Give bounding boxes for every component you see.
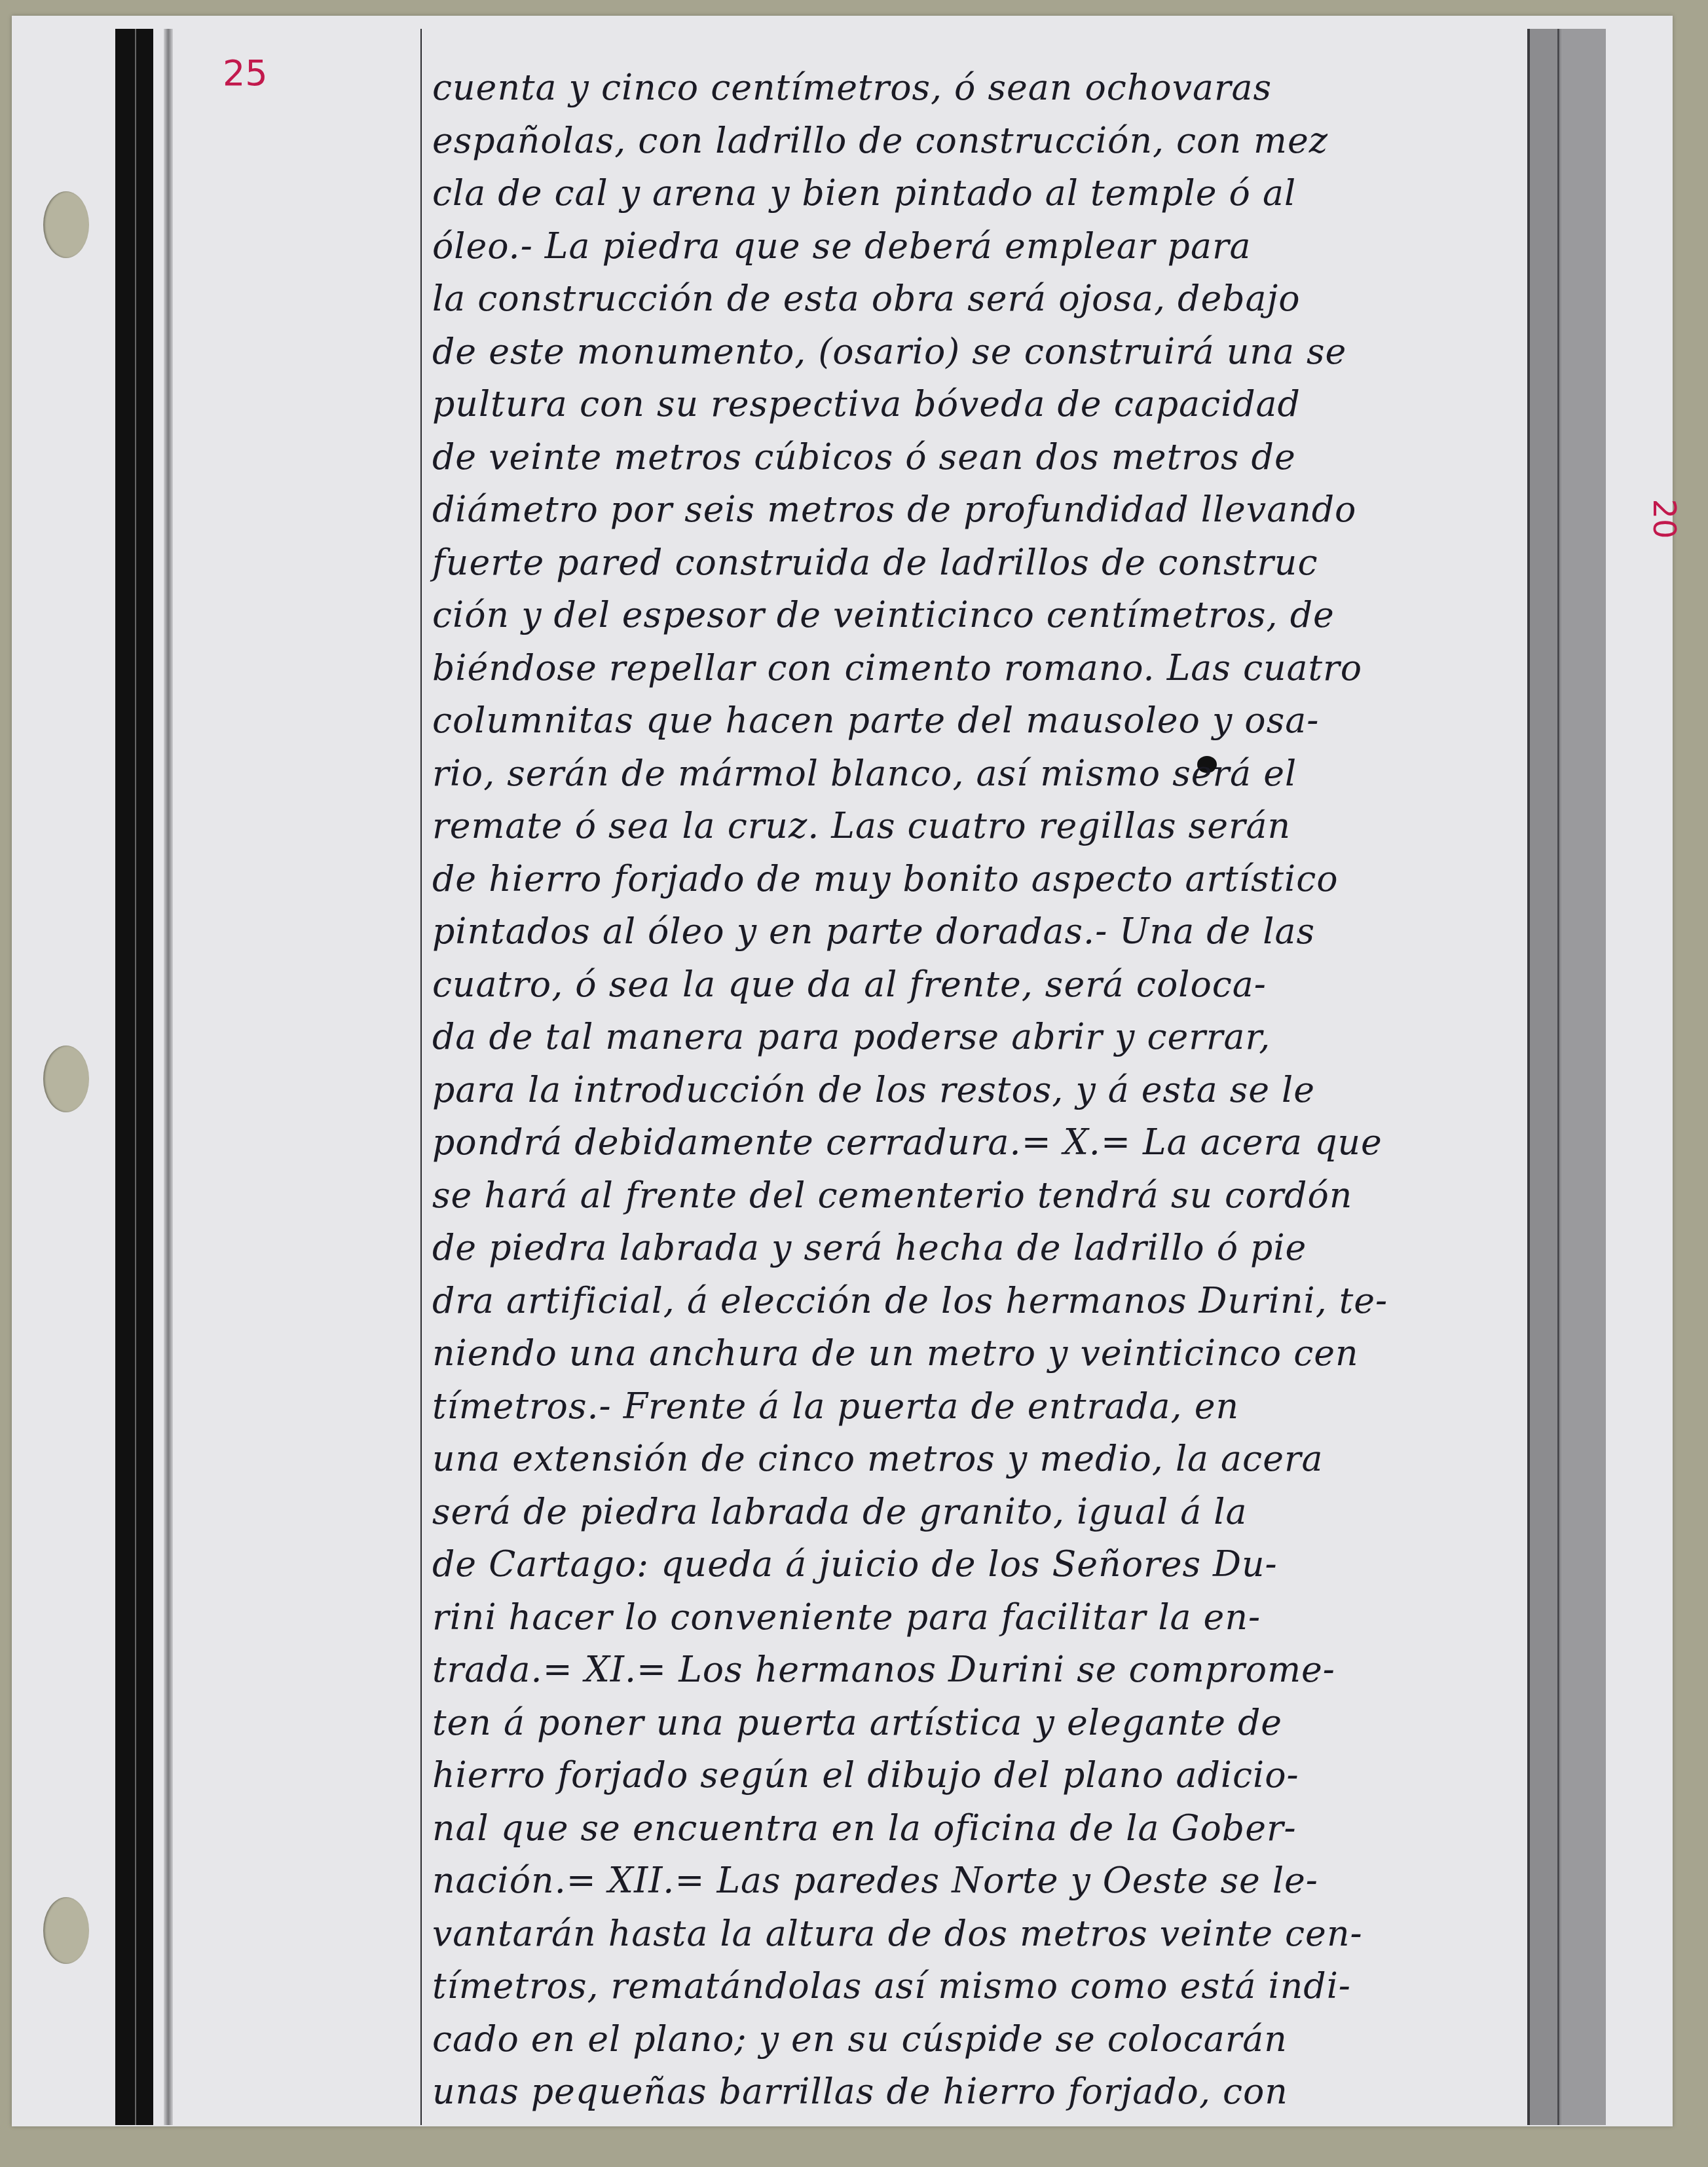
right-edge-band	[1561, 29, 1606, 2125]
text-line: columnitas que hacen parte del mausoleo …	[432, 694, 1526, 747]
text-line: dra artificial, á elección de los herman…	[432, 1275, 1526, 1328]
text-line: niendo una anchura de un metro y veintic…	[432, 1327, 1526, 1380]
text-line: de hierro forjado de muy bonito aspecto …	[432, 853, 1526, 906]
punch-hole	[43, 191, 89, 258]
binding-line	[135, 29, 136, 2125]
text-line: de Cartago: queda á juicio de los Señore…	[432, 1538, 1526, 1591]
right-mid-line	[1557, 29, 1559, 2125]
text-line: se hará al frente del cementerio tendrá …	[432, 1169, 1526, 1222]
text-line: pondrá debidamente cerradura.= X.= La ac…	[432, 1116, 1526, 1169]
text-line: rio, serán de mármol blanco, así mismo s…	[432, 747, 1526, 801]
text-line: será de piedra labrada de granito, igual…	[432, 1486, 1526, 1539]
text-line: pultura con su respectiva bóveda de capa…	[432, 378, 1526, 431]
text-line: una extensión de cinco metros y medio, l…	[432, 1433, 1526, 1486]
text-line: remate ó sea la cruz. Las cuatro regilla…	[432, 800, 1526, 853]
punch-hole	[43, 1046, 89, 1112]
text-line: españolas, con ladrillo de construcción,…	[432, 115, 1526, 168]
text-line: cuatro, ó sea la que da al frente, será …	[432, 958, 1526, 1011]
text-line: fuerte pared construida de ladrillos de …	[432, 537, 1526, 590]
text-line: unas pequeñas barrillas de hierro forjad…	[432, 2065, 1526, 2119]
text-line: cla de cal y arena y bien pintado al tem…	[432, 167, 1526, 220]
margin-rule	[420, 29, 422, 2125]
text-line: diámetro por seis metros de profundidad …	[432, 483, 1526, 537]
text-line: óleo.- La piedra que se deberá emplear p…	[432, 220, 1526, 273]
text-line: ten á poner una puerta artística y elega…	[432, 1697, 1526, 1750]
text-line: trada.= XI.= Los hermanos Durini se comp…	[432, 1644, 1526, 1697]
text-line: de veinte metros cúbicos ó sean dos metr…	[432, 431, 1526, 484]
document-page: 25 20 cuenta y cinco centímetros, ó sean…	[12, 16, 1673, 2126]
text-line: rini hacer lo conveniente para facilitar…	[432, 1591, 1526, 1644]
copy-edge-shadow	[164, 29, 173, 2125]
text-line: cuenta y cinco centímetros, ó sean ochov…	[432, 62, 1526, 115]
text-line: nación.= XII.= Las paredes Norte y Oeste…	[432, 1855, 1526, 1908]
text-line: nal que se encuentra en la oficina de la…	[432, 1802, 1526, 1855]
text-line: vantarán hasta la altura de dos metros v…	[432, 1908, 1526, 1961]
folio-number-left: 25	[223, 52, 268, 94]
text-line: la construcción de esta obra será ojosa,…	[432, 273, 1526, 326]
text-line: tímetros.- Frente á la puerta de entrada…	[432, 1380, 1526, 1433]
text-line: pintados al óleo y en parte doradas.- Un…	[432, 905, 1526, 958]
text-line: hierro forjado según el dibujo del plano…	[432, 1749, 1526, 1802]
folio-number-right: 20	[1646, 499, 1682, 538]
binding-strip	[115, 29, 153, 2125]
text-line: ción y del espesor de veinticinco centím…	[432, 589, 1526, 642]
text-line: cado en el plano; y en su cúspide se col…	[432, 2013, 1526, 2066]
text-line: para la introducción de los restos, y á …	[432, 1064, 1526, 1117]
text-line: tímetros, rematándolas así mismo como es…	[432, 1960, 1526, 2013]
text-line: biéndose repellar con cimento romano. La…	[432, 642, 1526, 695]
handwritten-text: cuenta y cinco centímetros, ó sean ochov…	[432, 62, 1532, 2119]
text-line: de este monumento, (osario) se construir…	[432, 326, 1526, 379]
punch-hole	[43, 1897, 89, 1964]
text-line: de piedra labrada y será hecha de ladril…	[432, 1222, 1526, 1275]
text-line: da de tal manera para poderse abrir y ce…	[432, 1011, 1526, 1064]
right-copy-edge	[1527, 29, 1606, 2125]
